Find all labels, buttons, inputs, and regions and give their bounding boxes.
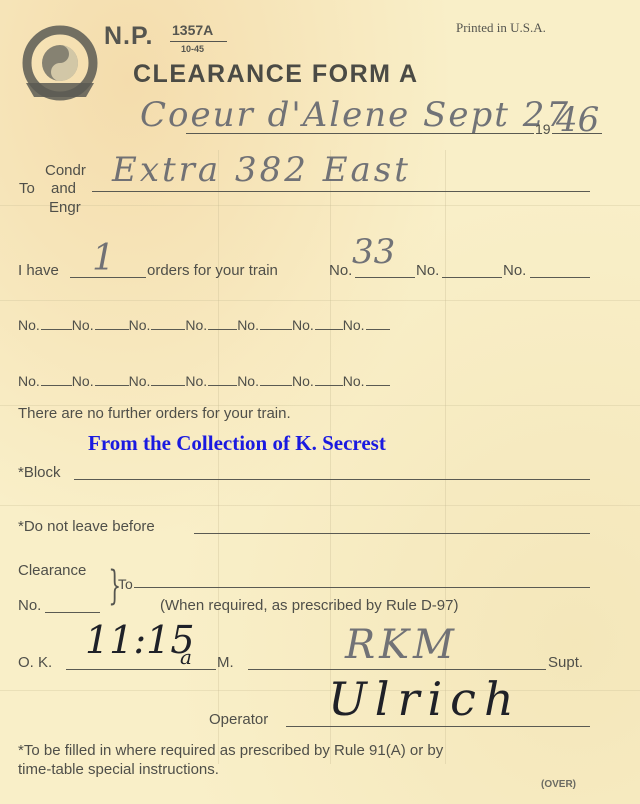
train-number-field: No.	[18, 317, 72, 333]
train-number-label: No.	[18, 317, 40, 333]
train-number-field: No.	[237, 317, 292, 333]
clearance-to-label: To	[118, 576, 133, 592]
handwritten-am: a	[180, 645, 192, 669]
addressee-line	[92, 191, 590, 192]
train-number-label: No.	[343, 317, 365, 333]
date-line	[186, 133, 534, 134]
train-number-line	[315, 329, 343, 330]
do-not-leave-line	[194, 533, 590, 534]
condr-label: Condr	[45, 162, 86, 179]
train-no-line-3	[530, 277, 590, 278]
train-no-label-3: No.	[503, 262, 526, 279]
ok-time-line	[66, 669, 216, 670]
year-line	[552, 133, 602, 134]
bleed-through-line	[0, 205, 640, 206]
train-number-field: No.	[343, 317, 390, 333]
train-number-line	[366, 385, 390, 386]
train-number-line	[95, 385, 129, 386]
train-number-field: No.	[129, 373, 186, 389]
form-revision: 10-45	[181, 44, 204, 54]
train-number-line	[260, 385, 292, 386]
bleed-through-line	[0, 300, 640, 301]
train-number-line	[41, 329, 72, 330]
railroad-abbreviation: N.P.	[104, 22, 153, 51]
train-number-line	[41, 385, 72, 386]
rule-d97-note: (When required, as prescribed by Rule D-…	[160, 597, 458, 614]
engr-label: Engr	[49, 199, 81, 216]
clearance-label: Clearance	[18, 562, 86, 579]
orders-for-label: orders for your train	[147, 262, 278, 279]
i-have-label: I have	[18, 262, 59, 279]
and-label: and	[51, 180, 76, 197]
train-no-label-1: No.	[329, 262, 352, 279]
train-number-field: No.	[18, 373, 72, 389]
supt-line	[248, 669, 546, 670]
train-number-field: No.	[237, 373, 292, 389]
operator-line	[286, 726, 590, 727]
to-label: To	[19, 180, 35, 197]
footnote-line-1: *To be filled in where required as presc…	[18, 742, 443, 759]
train-number-field: No.	[185, 317, 237, 333]
train-number-label: No.	[237, 317, 259, 333]
bleed-through-line	[0, 690, 640, 691]
train-number-line	[260, 329, 292, 330]
block-label: *Block	[18, 464, 61, 481]
train-number-line	[315, 385, 343, 386]
train-number-line	[151, 329, 185, 330]
handwritten-train-number: 33	[352, 232, 395, 272]
train-number-label: No.	[343, 373, 365, 389]
train-numbers-row-2: No.No.No.No.No.No.No.	[18, 317, 598, 333]
train-number-field: No.	[129, 317, 186, 333]
clearance-to-line	[134, 587, 590, 588]
train-number-line	[151, 385, 185, 386]
train-no-line-1	[355, 277, 415, 278]
train-number-line	[208, 385, 237, 386]
train-number-line	[366, 329, 390, 330]
do-not-leave-label: *Do not leave before	[18, 518, 155, 535]
printed-in-label: Printed in U.S.A.	[456, 20, 546, 36]
train-number-field: No.	[72, 373, 129, 389]
train-number-field: No.	[292, 373, 343, 389]
train-number-label: No.	[292, 373, 314, 389]
clearance-no-label: No.	[18, 597, 41, 614]
handwritten-supt-initials: RKM	[345, 622, 458, 668]
form-title: CLEARANCE FORM A	[133, 60, 419, 89]
no-further-orders-text: There are no further orders for your tra…	[18, 405, 291, 422]
handwritten-operator-signature: Ulrich	[328, 672, 522, 726]
train-number-label: No.	[129, 317, 151, 333]
bleed-through-line	[0, 505, 640, 506]
train-number-label: No.	[185, 317, 207, 333]
train-number-field: No.	[185, 373, 237, 389]
train-number-label: No.	[237, 373, 259, 389]
year-prefix: 19	[535, 121, 551, 137]
handwritten-ok-time: 11:15	[85, 618, 195, 662]
collection-credit: From the Collection of K. Secrest	[88, 431, 386, 456]
bleed-through-line	[218, 150, 219, 764]
footnote-line-2: time-table special instructions.	[18, 761, 219, 778]
ok-label: O. K.	[18, 654, 52, 671]
train-number-label: No.	[72, 373, 94, 389]
train-number-field: No.	[343, 373, 390, 389]
handwritten-order-count: 1	[92, 238, 115, 279]
handwritten-place-date: Coeur d'Alene Sept 27	[140, 95, 570, 135]
form-number: 1357A	[172, 22, 213, 38]
train-number-label: No.	[185, 373, 207, 389]
supt-label: Supt.	[548, 654, 583, 671]
handwritten-year: 46	[556, 100, 599, 140]
train-no-line-2	[442, 277, 502, 278]
form-number-rule	[170, 41, 227, 42]
train-number-label: No.	[18, 373, 40, 389]
handwritten-train-designation: Extra 382 East	[112, 150, 411, 190]
train-number-field: No.	[292, 317, 343, 333]
train-number-label: No.	[72, 317, 94, 333]
operator-label: Operator	[209, 711, 268, 728]
train-number-label: No.	[129, 373, 151, 389]
block-line	[74, 479, 590, 480]
clearance-no-line	[45, 612, 100, 613]
m-label: M.	[217, 654, 234, 671]
train-numbers-row-3: No.No.No.No.No.No.No.	[18, 373, 598, 389]
train-no-label-2: No.	[416, 262, 439, 279]
train-number-line	[95, 329, 129, 330]
northern-pacific-monad-logo-icon	[20, 25, 100, 105]
train-number-label: No.	[292, 317, 314, 333]
over-label: (OVER)	[541, 779, 576, 790]
train-number-field: No.	[72, 317, 129, 333]
train-number-line	[208, 329, 237, 330]
